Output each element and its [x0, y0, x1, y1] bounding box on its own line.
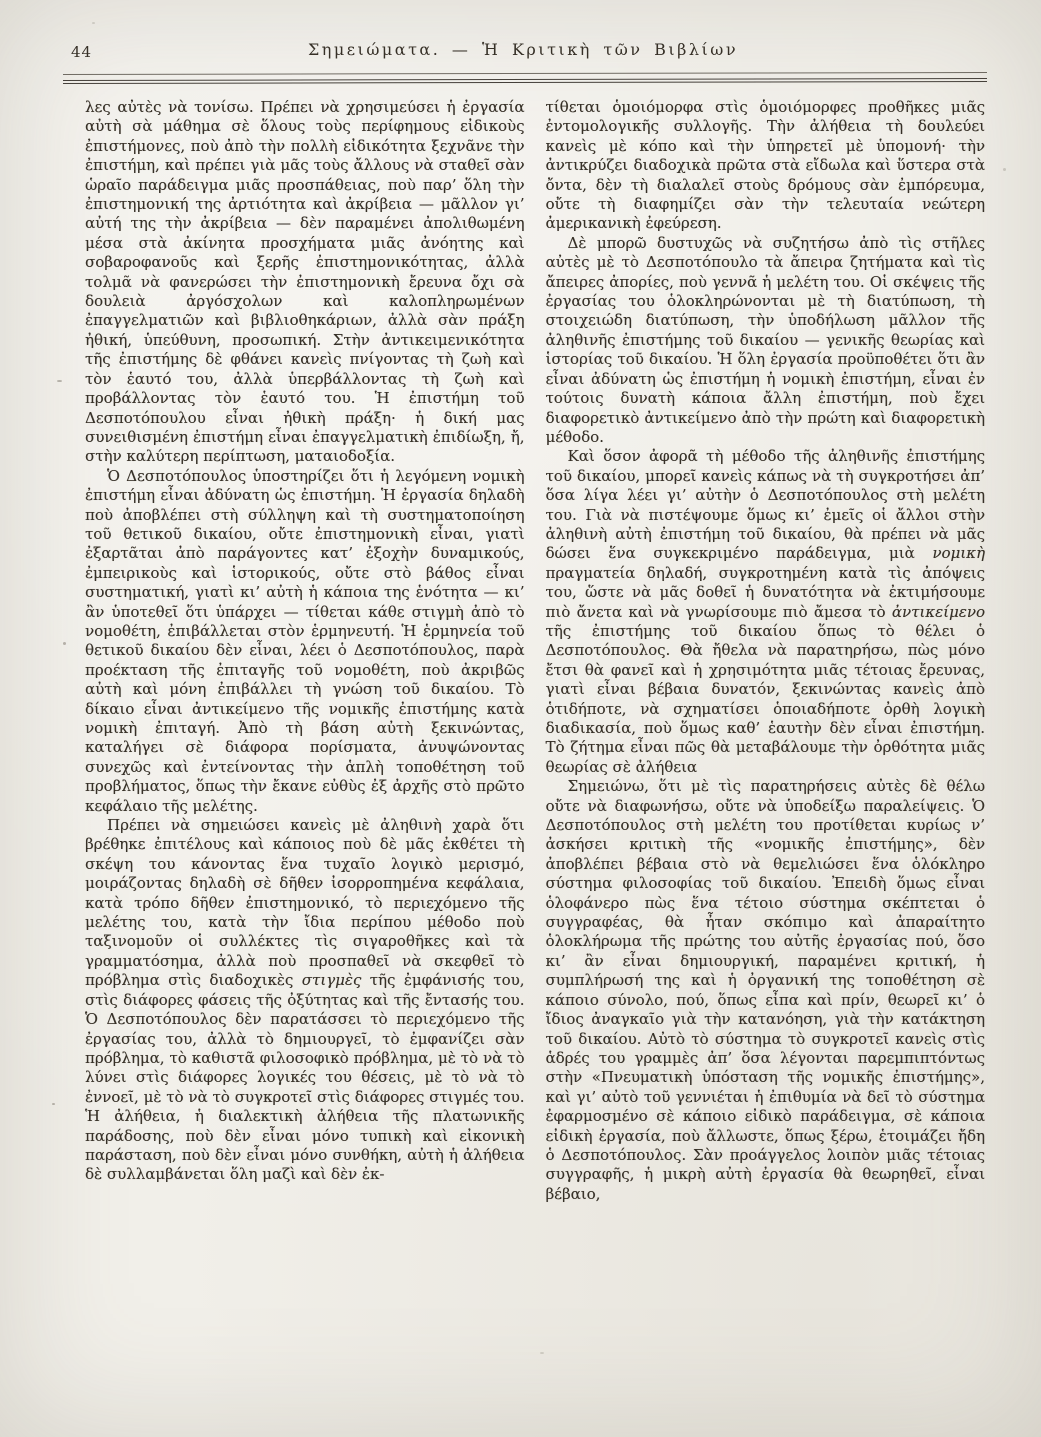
scan-speck: [52, 1103, 55, 1105]
column-left: λες αὐτὲς νὰ τονίσω. Πρέπει νὰ χρησιμεύσ…: [85, 98, 525, 1204]
scan-speck: [63, 642, 66, 645]
scan-speck: [1003, 168, 1006, 171]
page-header: 44 Σημειώματα. — Ἡ Κριτικὴ τῶν Βιβλίων: [85, 40, 985, 64]
paragraph: Καὶ ὅσον ἀφορᾶ τὴ μέθοδο τῆς ἀληθινῆς ἐπ…: [546, 447, 986, 777]
column-right: τίθεται ὁμοιόμορφα στὶς ὁμοιόμορφες προθ…: [546, 98, 986, 1204]
paragraph: λες αὐτὲς νὰ τονίσω. Πρέπει νὰ χρησιμεύσ…: [85, 98, 525, 467]
scan-speck: [540, 1352, 544, 1354]
paragraph: Σημειώνω, ὅτι μὲ τὶς παρατηρήσεις αὐτὲς …: [546, 777, 986, 1204]
text-columns: λες αὐτὲς νὰ τονίσω. Πρέπει νὰ χρησιμεύσ…: [85, 98, 985, 1204]
paragraph: Δὲ μπορῶ δυστυχῶς νὰ συζητήσω ἀπὸ τὶς στ…: [546, 234, 986, 447]
paragraph: Πρέπει νὰ σημειώσει κανεὶς μὲ ἀληθινὴ χα…: [85, 816, 525, 1185]
scanned-page: 44 Σημειώματα. — Ἡ Κριτικὴ τῶν Βιβλίων λ…: [0, 0, 1041, 1437]
running-title: Σημειώματα. — Ἡ Κριτικὴ τῶν Βιβλίων: [73, 40, 973, 59]
paragraph: τίθεται ὁμοιόμορφα στὶς ὁμοιόμορφες προθ…: [546, 98, 986, 234]
scan-speck: [92, 22, 95, 24]
header-rule: [63, 72, 987, 84]
scan-speck: [57, 380, 62, 382]
paragraph: Ὁ Δεσποτόπουλος ὑποστηρίζει ὅτι ἡ λεγόμε…: [85, 467, 525, 816]
